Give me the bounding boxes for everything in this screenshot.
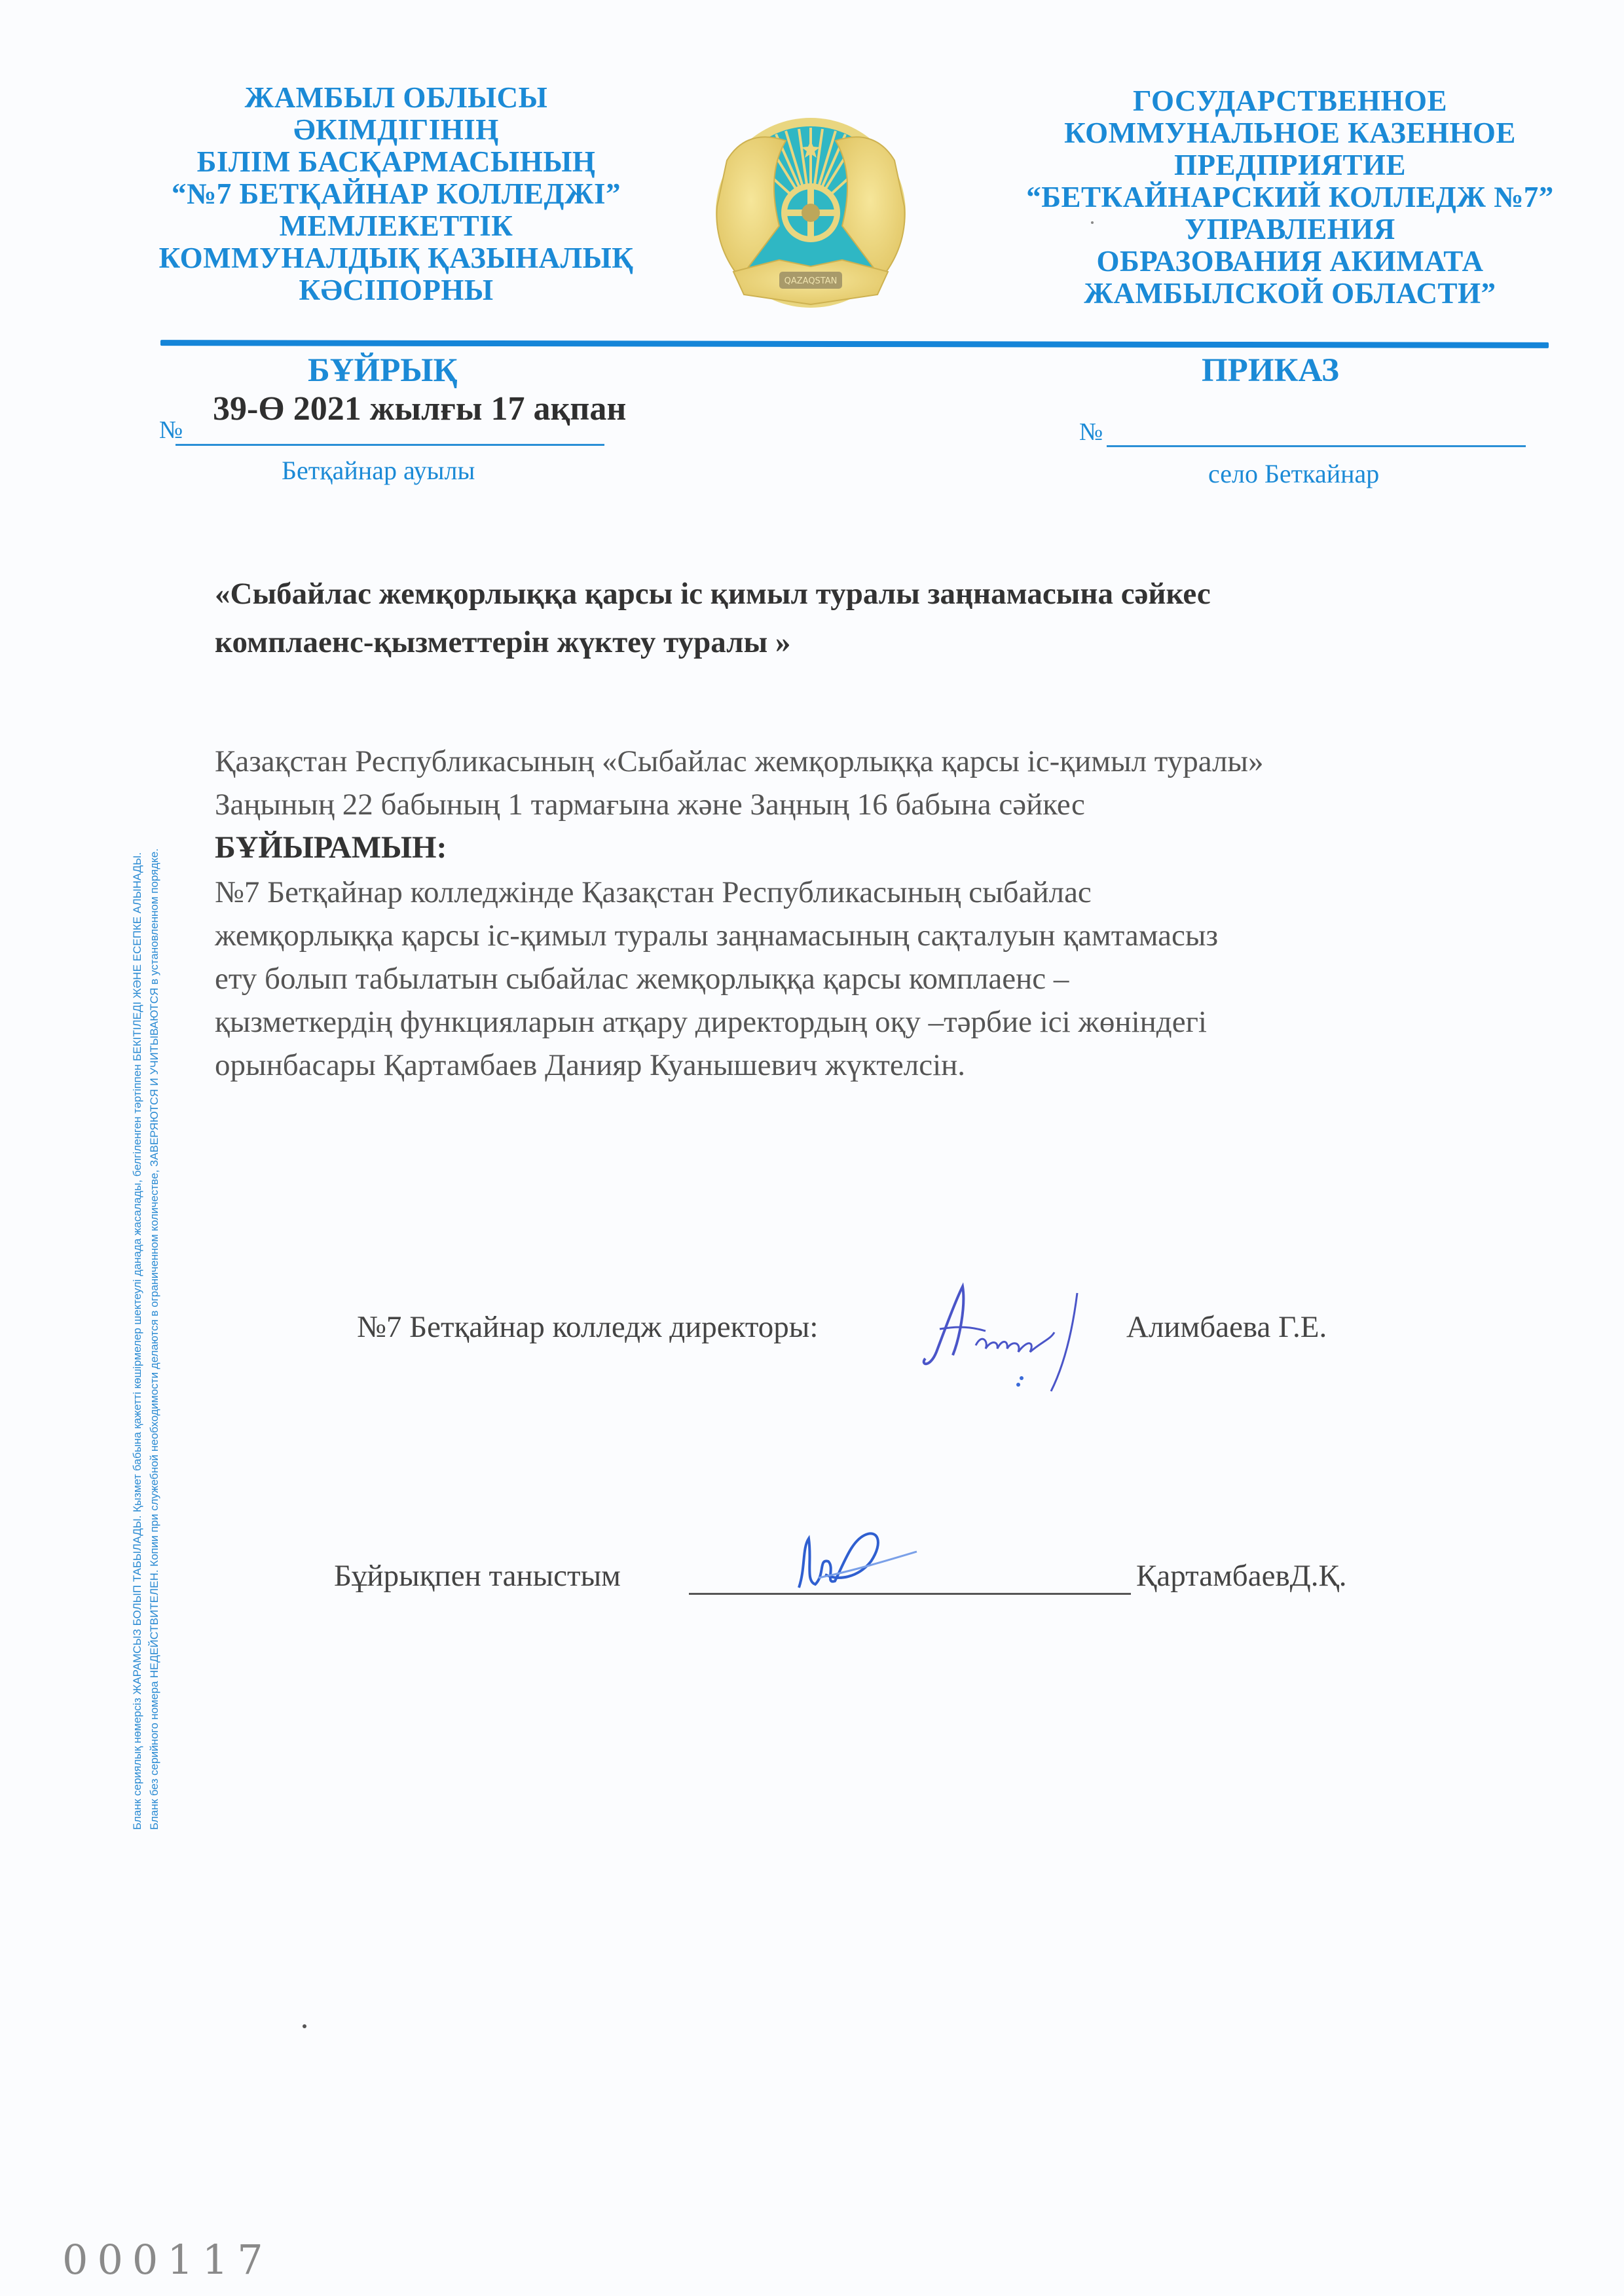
letterhead-kz-line: КӘСІПОРНЫ [138, 274, 655, 306]
preamble-line: Қазақстан Республикасының «Сыбайлас жемқ… [215, 740, 1264, 783]
decree-line: қызметкердің функцияларын атқару директо… [215, 1000, 1218, 1044]
number-sign-ru: № [1079, 418, 1103, 446]
number-underline-ru [1107, 445, 1526, 447]
order-number-date: 39-Ө 2021 жылғы 17 ақпан [213, 390, 626, 428]
kazakhstan-state-emblem-icon: QAZAQSTAN [688, 115, 936, 324]
decree-body: №7 Бетқайнар колледжінде Қазақстан Респу… [215, 871, 1218, 1087]
letterhead-divider [160, 340, 1549, 348]
letterhead-kz-line: КОММУНАЛДЫҚ ҚАЗЫНАЛЫҚ [138, 242, 655, 274]
letterhead-ru-line: ГОСУДАРСТВЕННОЕ [1022, 85, 1559, 117]
letterhead-kz-line: БІЛІМ БАСҚАРМАСЫНЫҢ [138, 146, 655, 178]
subject-line: «Сыбайлас жемқорлыққа қарсы іс қимыл тур… [215, 570, 1211, 618]
letterhead-kazakh: ЖАМБЫЛ ОБЛЫСЫ ӘКІМДІГІНІҢ БІЛІМ БАСҚАРМА… [138, 82, 655, 306]
letterhead-ru-line: “БЕТКАЙНАРСКИЙ КОЛЛЕДЖ №7” [1022, 181, 1559, 213]
letterhead-ru-line: ЖАМБЫЛСКОЙ ОБЛАСТИ” [1022, 278, 1559, 310]
letterhead-kz-line: “№7 БЕТҚАЙНАР КОЛЛЕДЖІ” [138, 178, 655, 210]
decree-line: №7 Бетқайнар колледжінде Қазақстан Респу… [215, 871, 1218, 914]
letterhead-ru-line: ПРЕДПРИЯТИЕ [1022, 149, 1559, 181]
acknowledgement-label: Бұйрықпен таныстым [334, 1558, 621, 1594]
scan-speck [1091, 221, 1094, 224]
svg-text:QAZAQSTAN: QAZAQSTAN [784, 276, 838, 286]
order-title-ru: ПРИКАЗ [1202, 352, 1339, 390]
letterhead-ru-line: КОММУНАЛЬНОЕ КАЗЕННОЕ [1022, 117, 1559, 149]
order-title-kz: БҰЙРЫҚ [308, 352, 457, 390]
decree-line: ету болып табылатын сыбайлас жемқорлыққа… [215, 957, 1218, 1000]
side-note-line-kz: Бланк сериялық нөмерсіз ЖАРАМСЫЗ БОЛЫП Т… [129, 697, 146, 1830]
decree-line: жемқорлыққа қарсы іс-қимыл туралы заңнам… [215, 914, 1218, 957]
letterhead-ru-line: УПРАВЛЕНИЯ [1022, 213, 1559, 246]
order-subject: «Сыбайлас жемқорлыққа қарсы іс қимыл тур… [215, 570, 1211, 666]
letterhead-kz-line: ӘКІМДІГІНІҢ [138, 114, 655, 146]
side-note-line-ru: Бланк без серийного номера НЕДЕЙСТВИТЕЛЕ… [146, 697, 163, 1830]
subject-line: комплаенс-қызметтерін жүктеу туралы » [215, 618, 1211, 666]
blank-serial-number: 000117 [62, 2236, 272, 2284]
director-signature-icon [913, 1280, 1130, 1398]
number-sign-kz: № [159, 416, 183, 445]
acknowledgement-signature-icon [779, 1522, 930, 1601]
preamble-line: Заңының 22 бабының 1 тармағына және Заңн… [215, 783, 1264, 826]
scan-speck [303, 2024, 306, 2028]
blank-validity-note: Бланк сериялық нөмерсіз ЖАРАМСЫЗ БОЛЫП Т… [129, 697, 181, 1830]
place-kz: Бетқайнар ауылы [282, 455, 475, 486]
decree-word: БҰЙЫРАМЫН: [215, 826, 447, 869]
acknowledgement-name: ҚартамбаевД.Қ. [1136, 1558, 1347, 1594]
letterhead-ru-line: ОБРАЗОВАНИЯ АКИМАТА [1022, 246, 1559, 278]
number-underline-kz [175, 444, 604, 446]
place-ru: село Беткайнар [1208, 458, 1379, 489]
decree-line: орынбасары Қартамбаев Данияр Куанышевич … [215, 1044, 1218, 1087]
preamble: Қазақстан Республикасының «Сыбайлас жемқ… [215, 740, 1264, 826]
director-label: №7 Бетқайнар колледж директоры: [357, 1309, 818, 1345]
director-name: Алимбаева Г.Е. [1126, 1309, 1327, 1345]
letterhead-kz-line: ЖАМБЫЛ ОБЛЫСЫ [138, 82, 655, 114]
letterhead-russian: ГОСУДАРСТВЕННОЕ КОММУНАЛЬНОЕ КАЗЕННОЕ ПР… [1022, 85, 1559, 310]
letterhead-kz-line: МЕМЛЕКЕТТІК [138, 210, 655, 242]
